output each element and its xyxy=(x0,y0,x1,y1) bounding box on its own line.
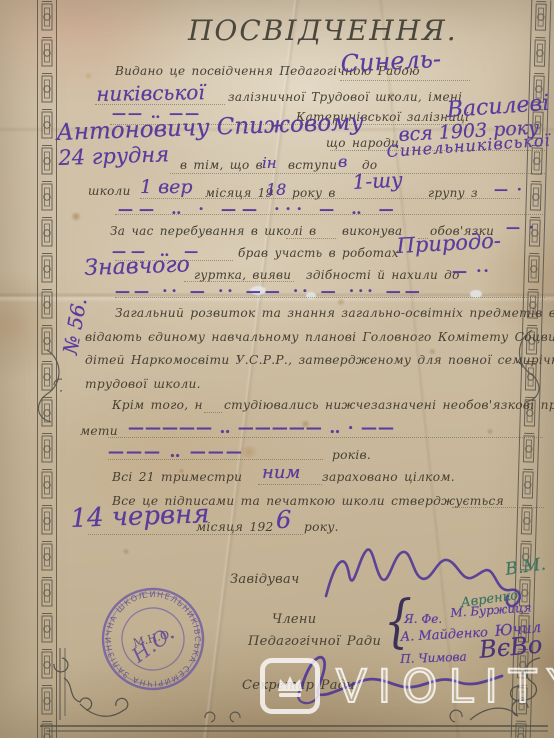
head-label: Завідувач xyxy=(230,572,299,587)
paper-stain xyxy=(70,212,82,221)
body-line: Крім того, н xyxy=(112,398,203,412)
body-line: в тім, що в xyxy=(180,158,263,172)
body-line: зараховано цілком. xyxy=(322,470,455,484)
handwriting: Природо- xyxy=(396,229,502,258)
body-line: здібності й нахили до xyxy=(306,268,460,282)
ink-dashes: — · xyxy=(506,220,536,236)
ink-dashes: —— ‥ · —— ··· — ‥ — xyxy=(118,200,400,218)
handwriting: 18 xyxy=(266,180,286,199)
dotted-line xyxy=(258,484,322,485)
handwriting: 14 червня xyxy=(70,499,210,534)
ink-dashes: — ·· xyxy=(452,262,491,280)
dotted-line xyxy=(115,297,545,298)
document-photo: ПОСВІДЧЕННЯ. № 56. Видано це посвідчення… xyxy=(0,0,554,738)
body-line: Всі 21 триместри xyxy=(112,470,242,484)
dotted-line xyxy=(452,507,544,508)
body-line: мети xyxy=(80,424,118,438)
dotted-line xyxy=(108,459,323,460)
paper-stain xyxy=(122,548,130,555)
body-line: дітей Наркомосвіти У.С.Р.Р., затверджено… xyxy=(85,353,554,367)
paper-stain xyxy=(486,428,494,435)
secretary-label: Секретар Ради xyxy=(242,678,355,693)
body-line: відають єдиному навчальному планові Голо… xyxy=(85,330,554,344)
signature: ВєВо xyxy=(478,630,543,663)
dotted-line xyxy=(170,173,545,174)
ink-dashes: ————— ‥ ————— ‥ · —— xyxy=(128,418,395,437)
body-line: За час перебування в школі в xyxy=(110,224,316,238)
body-line: місяця 192 xyxy=(196,520,274,534)
handwriting: Знавчого xyxy=(84,252,190,281)
handwriting: никівської xyxy=(96,80,205,106)
ink-dashes: — · xyxy=(494,182,524,198)
handwriting: Синель- xyxy=(340,45,442,78)
body-line: брав участь в роботах xyxy=(238,246,399,260)
body-line: Загальний розвиток та знання загально-ос… xyxy=(115,306,554,320)
body-line: років. xyxy=(332,448,371,462)
dotted-line xyxy=(110,124,470,125)
handwriting: 6 xyxy=(276,506,291,534)
body-line: студіювались нижчезазначені необов'язков… xyxy=(224,398,554,412)
dotted-line xyxy=(330,150,545,151)
school-stamp: СИНЕЛЬНИКІВСЬКА СЕМИРІЧНА ЗАЛІЗНИЧНА ШКО… xyxy=(81,567,224,710)
watermark-text: VIOLITY xyxy=(336,660,554,713)
dotted-line xyxy=(108,437,543,438)
signature: В.М. xyxy=(504,554,547,579)
handwriting: 24 грудня xyxy=(58,142,169,170)
handwriting: 1 вер xyxy=(140,176,193,198)
signature: Я. Фе. xyxy=(404,612,442,626)
body-line: залізничної Трудової школи, імені xyxy=(228,90,462,104)
body-line: школи xyxy=(88,184,131,198)
body-line: виконува xyxy=(342,224,403,238)
handwriting: ним xyxy=(262,462,300,483)
handwriting: 1-шу xyxy=(352,167,403,194)
dotted-line xyxy=(115,214,545,215)
dotted-line xyxy=(88,534,303,535)
body-line: вступи xyxy=(288,158,337,172)
document-number: № 56. xyxy=(58,296,92,356)
dotted-line xyxy=(140,198,520,199)
handwriting: Антоновичу Спижовому xyxy=(56,109,364,146)
members-label: Педагогічної Ради xyxy=(248,634,381,649)
dotted-line xyxy=(204,412,222,413)
signature: П. Чимова xyxy=(400,650,467,666)
dotted-line xyxy=(115,260,233,261)
left-border-ornament xyxy=(34,0,62,738)
body-line: року. xyxy=(304,520,339,534)
paper-stain xyxy=(84,72,93,80)
dotted-line xyxy=(95,104,225,105)
handwriting: ін xyxy=(262,154,277,172)
members-label: Члени xyxy=(272,612,316,627)
dotted-line xyxy=(340,80,470,81)
page-title: ПОСВІДЧЕННЯ. xyxy=(188,14,458,47)
body-line: трудової школи. xyxy=(85,377,201,391)
dotted-line xyxy=(418,238,428,239)
handwriting: в xyxy=(338,152,347,171)
dotted-line xyxy=(286,238,336,239)
signature: А. Майденко xyxy=(400,625,488,645)
body-line: гуртка, вияви xyxy=(194,268,291,282)
dotted-line xyxy=(184,281,294,282)
